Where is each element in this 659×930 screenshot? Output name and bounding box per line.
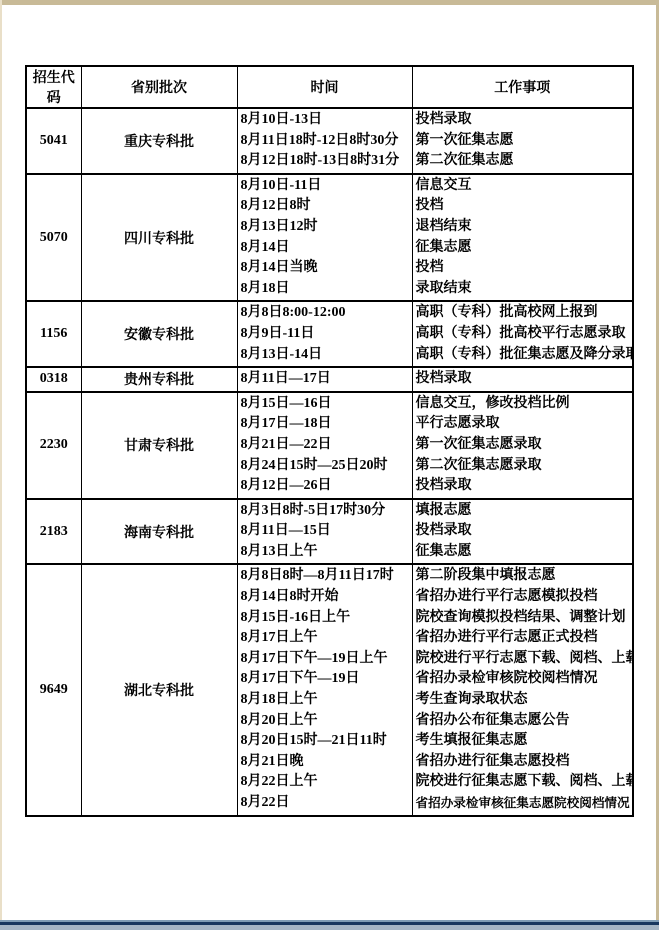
task-cell: 高职（专科）批高校网上报到高职（专科）批高校平行志愿录取高职（专科）批征集志愿及… xyxy=(412,301,633,367)
time-line: 8月3日8时-5日17时30分 xyxy=(238,501,412,522)
table-row: 9649湖北专科批8月8日8时—8月11日17时8月14日8时开始8月15日-1… xyxy=(26,564,633,815)
table-row: 0318贵州专科批8月11日—17日投档录取 xyxy=(26,367,633,392)
batch-cell: 四川专科批 xyxy=(81,174,237,302)
time-line: 8月11日—15日 xyxy=(238,521,412,542)
time-line: 8月22日 xyxy=(238,793,412,814)
time-line: 8月21日—22日 xyxy=(238,435,412,456)
time-line: 8月12日8时 xyxy=(238,196,412,217)
time-line: 8月20日15时—21日11时 xyxy=(238,731,412,752)
time-line: 8月17日上午 xyxy=(238,628,412,649)
time-line: 8月14日8时开始 xyxy=(238,587,412,608)
task-line: 平行志愿录取 xyxy=(413,414,633,435)
batch-cell: 安徽专科批 xyxy=(81,301,237,367)
time-cell: 8月15日—16日8月17日—18日8月21日—22日8月24日15时—25日2… xyxy=(237,392,412,499)
time-cell: 8月3日8时-5日17时30分8月11日—15日8月13日上午 xyxy=(237,499,412,565)
batch-cell: 甘肃专科批 xyxy=(81,392,237,499)
task-line: 省招办进行平行志愿正式投档 xyxy=(413,628,633,649)
task-cell: 信息交互投档退档结束征集志愿投档录取结束 xyxy=(412,174,633,302)
time-line: 8月10日-11日 xyxy=(238,176,412,197)
time-line: 8月15日—16日 xyxy=(238,394,412,415)
task-line: 征集志愿 xyxy=(413,542,633,563)
time-line: 8月15日-16日上午 xyxy=(238,608,412,629)
time-line: 8月9日-11日 xyxy=(238,324,412,345)
code-cell: 9649 xyxy=(26,564,81,815)
time-cell: 8月8日8:00-12:008月9日-11日8月13日-14日 xyxy=(237,301,412,367)
time-cell: 8月8日8时—8月11日17时8月14日8时开始8月15日-16日上午8月17日… xyxy=(237,564,412,815)
task-line: 填报志愿 xyxy=(413,501,633,522)
column-header-code: 招生代码 xyxy=(26,66,81,108)
table-row: 5041重庆专科批8月10日-13日8月11日18时-12日8时30分8月12日… xyxy=(26,108,633,174)
time-line: 8月13日-14日 xyxy=(238,345,412,366)
task-line: 投档录取 xyxy=(413,521,633,542)
time-line: 8月14日当晚 xyxy=(238,258,412,279)
time-line: 8月8日8时—8月11日17时 xyxy=(238,566,412,587)
window-bottom-edge xyxy=(0,920,659,930)
code-cell: 1156 xyxy=(26,301,81,367)
task-line: 投档 xyxy=(413,196,633,217)
task-line: 录取结束 xyxy=(413,279,633,300)
task-line: 院校查询模拟投档结果、调整计划 xyxy=(413,608,633,629)
task-line: 投档 xyxy=(413,258,633,279)
task-line: 省招办录检审核征集志愿院校阅档情况 xyxy=(413,793,633,814)
task-line: 征集志愿 xyxy=(413,238,633,259)
time-line: 8月18日 xyxy=(238,279,412,300)
time-line: 8月17日—18日 xyxy=(238,414,412,435)
time-line: 8月12日18时-13日8时31分 xyxy=(238,151,412,172)
time-line: 8月10日-13日 xyxy=(238,110,412,131)
task-line: 省招办进行征集志愿投档 xyxy=(413,752,633,773)
task-line: 考生查询录取状态 xyxy=(413,690,633,711)
code-cell: 5041 xyxy=(26,108,81,174)
task-line: 第二阶段集中填报志愿 xyxy=(413,566,633,587)
batch-cell: 湖北专科批 xyxy=(81,564,237,815)
task-line: 投档录取 xyxy=(413,369,633,390)
code-cell: 2183 xyxy=(26,499,81,565)
code-cell: 5070 xyxy=(26,174,81,302)
task-line: 院校进行平行志愿下载、阅档、上载 xyxy=(413,649,633,670)
task-line: 高职（专科）批征集志愿及降分录取 xyxy=(413,345,633,366)
time-line: 8月17日下午—19日 xyxy=(238,669,412,690)
time-line: 8月24日15时—25日20时 xyxy=(238,456,412,477)
task-cell: 投档录取 xyxy=(412,367,633,392)
time-line: 8月11日18时-12日8时30分 xyxy=(238,131,412,152)
time-cell: 8月10日-11日8月12日8时8月13日12时8月14日8月14日当晚8月18… xyxy=(237,174,412,302)
task-line: 投档录取 xyxy=(413,110,633,131)
task-cell: 填报志愿投档录取征集志愿 xyxy=(412,499,633,565)
task-cell: 信息交互，修改投档比例平行志愿录取第一次征集志愿录取第二次征集志愿录取投档录取 xyxy=(412,392,633,499)
time-line: 8月8日8:00-12:00 xyxy=(238,303,412,324)
batch-cell: 贵州专科批 xyxy=(81,367,237,392)
time-line: 8月13日12时 xyxy=(238,217,412,238)
table-row: 5070四川专科批8月10日-11日8月12日8时8月13日12时8月14日8月… xyxy=(26,174,633,302)
batch-cell: 重庆专科批 xyxy=(81,108,237,174)
task-line: 省招办公布征集志愿公告 xyxy=(413,711,633,732)
task-line: 第一次征集志愿录取 xyxy=(413,435,633,456)
window-bottom-light-band xyxy=(0,925,659,930)
code-cell: 0318 xyxy=(26,367,81,392)
window-frame-top xyxy=(0,0,659,5)
table-row: 2183海南专科批8月3日8时-5日17时30分8月11日—15日8月13日上午… xyxy=(26,499,633,565)
time-line: 8月17日下午—19日上午 xyxy=(238,649,412,670)
time-line: 8月20日上午 xyxy=(238,711,412,732)
task-line: 院校进行征集志愿下载、阅档、上载 xyxy=(413,772,633,793)
task-line: 第二次征集志愿 xyxy=(413,151,633,172)
time-line: 8月22日上午 xyxy=(238,772,412,793)
schedule-table: 招生代码 省别批次 时间 工作事项 5041重庆专科批8月10日-13日8月11… xyxy=(25,65,634,817)
header-row: 招生代码 省别批次 时间 工作事项 xyxy=(26,66,633,108)
time-line: 8月14日 xyxy=(238,238,412,259)
window-frame-left xyxy=(0,0,2,920)
column-header-task: 工作事项 xyxy=(412,66,633,108)
time-line: 8月12日—26日 xyxy=(238,476,412,497)
table-row: 1156安徽专科批8月8日8:00-12:008月9日-11日8月13日-14日… xyxy=(26,301,633,367)
task-line: 高职（专科）批高校平行志愿录取 xyxy=(413,324,633,345)
task-cell: 第二阶段集中填报志愿省招办进行平行志愿模拟投档院校查询模拟投档结果、调整计划省招… xyxy=(412,564,633,815)
task-cell: 投档录取第一次征集志愿第二次征集志愿 xyxy=(412,108,633,174)
column-header-time: 时间 xyxy=(237,66,412,108)
task-line: 省招办录检审核院校阅档情况 xyxy=(413,669,633,690)
code-cell: 2230 xyxy=(26,392,81,499)
task-line: 高职（专科）批高校网上报到 xyxy=(413,303,633,324)
task-line: 退档结束 xyxy=(413,217,633,238)
time-line: 8月21日晚 xyxy=(238,752,412,773)
table-row: 2230甘肃专科批8月15日—16日8月17日—18日8月21日—22日8月24… xyxy=(26,392,633,499)
task-line: 信息交互，修改投档比例 xyxy=(413,394,633,415)
task-line: 考生填报征集志愿 xyxy=(413,731,633,752)
time-cell: 8月10日-13日8月11日18时-12日8时30分8月12日18时-13日8时… xyxy=(237,108,412,174)
task-line: 信息交互 xyxy=(413,176,633,197)
task-line: 投档录取 xyxy=(413,476,633,497)
batch-cell: 海南专科批 xyxy=(81,499,237,565)
column-header-batch: 省别批次 xyxy=(81,66,237,108)
time-line: 8月13日上午 xyxy=(238,542,412,563)
task-line: 第二次征集志愿录取 xyxy=(413,456,633,477)
time-cell: 8月11日—17日 xyxy=(237,367,412,392)
task-line: 第一次征集志愿 xyxy=(413,131,633,152)
schedule-table-body: 5041重庆专科批8月10日-13日8月11日18时-12日8时30分8月12日… xyxy=(26,108,633,816)
time-line: 8月11日—17日 xyxy=(238,369,412,390)
time-line: 8月18日上午 xyxy=(238,690,412,711)
task-line: 省招办进行平行志愿模拟投档 xyxy=(413,587,633,608)
